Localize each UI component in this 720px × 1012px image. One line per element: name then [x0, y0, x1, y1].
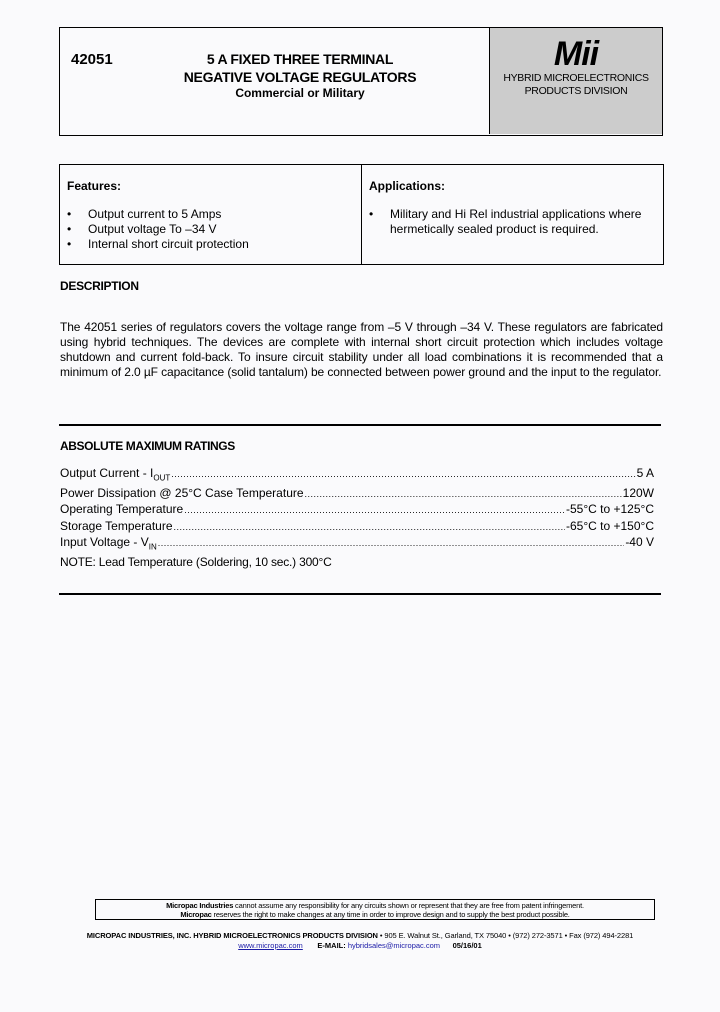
logo-division-line2: PRODUCTS DIVISION [490, 85, 662, 98]
ratings-table: Output Current - IOUT 5 A Power Dissipat… [60, 466, 654, 555]
features-section: Features: Output current to 5 Amps Outpu… [60, 165, 362, 264]
logo-panel: Mii HYBRID MICROELECTRONICS PRODUCTS DIV… [489, 28, 662, 134]
header-box: 42051 5 A FIXED THREE TERMINAL NEGATIVE … [59, 27, 663, 136]
feature-item: Output voltage To –34 V [67, 222, 354, 237]
document-subtitle: Commercial or Military [170, 86, 430, 101]
title-block: 5 A FIXED THREE TERMINAL NEGATIVE VOLTAG… [170, 50, 430, 101]
rating-row: Storage Temperature -65°C to +150°C [60, 519, 654, 536]
rating-value: -40 V [625, 535, 654, 551]
part-number: 42051 [71, 51, 113, 68]
rating-label: Output Current - IOUT [60, 466, 170, 486]
email-label: E-MAIL: [317, 941, 345, 950]
dot-leader [158, 536, 625, 552]
disclaimer-box: Micropac Industries cannot assume any re… [95, 899, 655, 920]
rating-label: Power Dissipation @ 25°C Case Temperatur… [60, 486, 304, 502]
document-title-line1: 5 A FIXED THREE TERMINAL [170, 50, 430, 68]
rating-row: Input Voltage - VIN -40 V [60, 535, 654, 555]
applications-heading: Applications: [369, 179, 656, 193]
rating-value: 5 A [637, 466, 654, 482]
rating-value: -55°C to +125°C [566, 502, 654, 518]
dot-leader [171, 467, 635, 483]
dot-leader [184, 503, 565, 519]
applications-list: Military and Hi Rel industrial applicati… [369, 207, 656, 237]
document-title-line2: NEGATIVE VOLTAGE REGULATORS [170, 68, 430, 86]
rating-label: Storage Temperature [60, 519, 173, 535]
revision-date: 05/16/01 [453, 941, 482, 950]
disclaimer-line2: Micropac reserves the right to make chan… [96, 910, 654, 919]
feature-item: Internal short circuit protection [67, 237, 354, 252]
applications-section: Applications: Military and Hi Rel indust… [362, 165, 663, 264]
description-body: The 42051 series of regulators covers th… [60, 320, 663, 380]
rating-row: Operating Temperature -55°C to +125°C [60, 502, 654, 519]
rating-row: Power Dissipation @ 25°C Case Temperatur… [60, 486, 654, 503]
rating-value: -65°C to +150°C [566, 519, 654, 535]
company-address-line: MICROPAC INDUSTRIES, INC. HYBRID MICROEL… [60, 931, 660, 940]
rating-label: Operating Temperature [60, 502, 183, 518]
contact-line: www.micropac.com E-MAIL: hybridsales@mic… [60, 941, 660, 950]
website-link[interactable]: www.micropac.com [238, 941, 303, 950]
features-applications-box: Features: Output current to 5 Amps Outpu… [59, 164, 664, 265]
application-item: Military and Hi Rel industrial applicati… [369, 207, 656, 237]
email-link[interactable]: hybridsales@micropac.com [348, 941, 440, 950]
description-heading: DESCRIPTION [60, 279, 139, 293]
feature-item: Output current to 5 Amps [67, 207, 354, 222]
rating-label: Input Voltage - VIN [60, 535, 157, 555]
rating-row: Output Current - IOUT 5 A [60, 466, 654, 486]
disclaimer-line1: Micropac Industries cannot assume any re… [96, 901, 654, 910]
features-list: Output current to 5 Amps Output voltage … [67, 207, 354, 251]
lead-temperature-note: NOTE: Lead Temperature (Soldering, 10 se… [60, 555, 332, 569]
dot-leader [174, 520, 566, 536]
dot-leader [305, 487, 622, 503]
features-heading: Features: [67, 179, 354, 193]
ratings-heading: ABSOLUTE MAXIMUM RATINGS [60, 439, 235, 453]
company-logo: Mii [490, 36, 662, 72]
logo-division-line1: HYBRID MICROELECTRONICS [490, 72, 662, 85]
rating-value: 120W [623, 486, 654, 502]
section-divider [59, 424, 661, 426]
section-divider [59, 593, 661, 595]
